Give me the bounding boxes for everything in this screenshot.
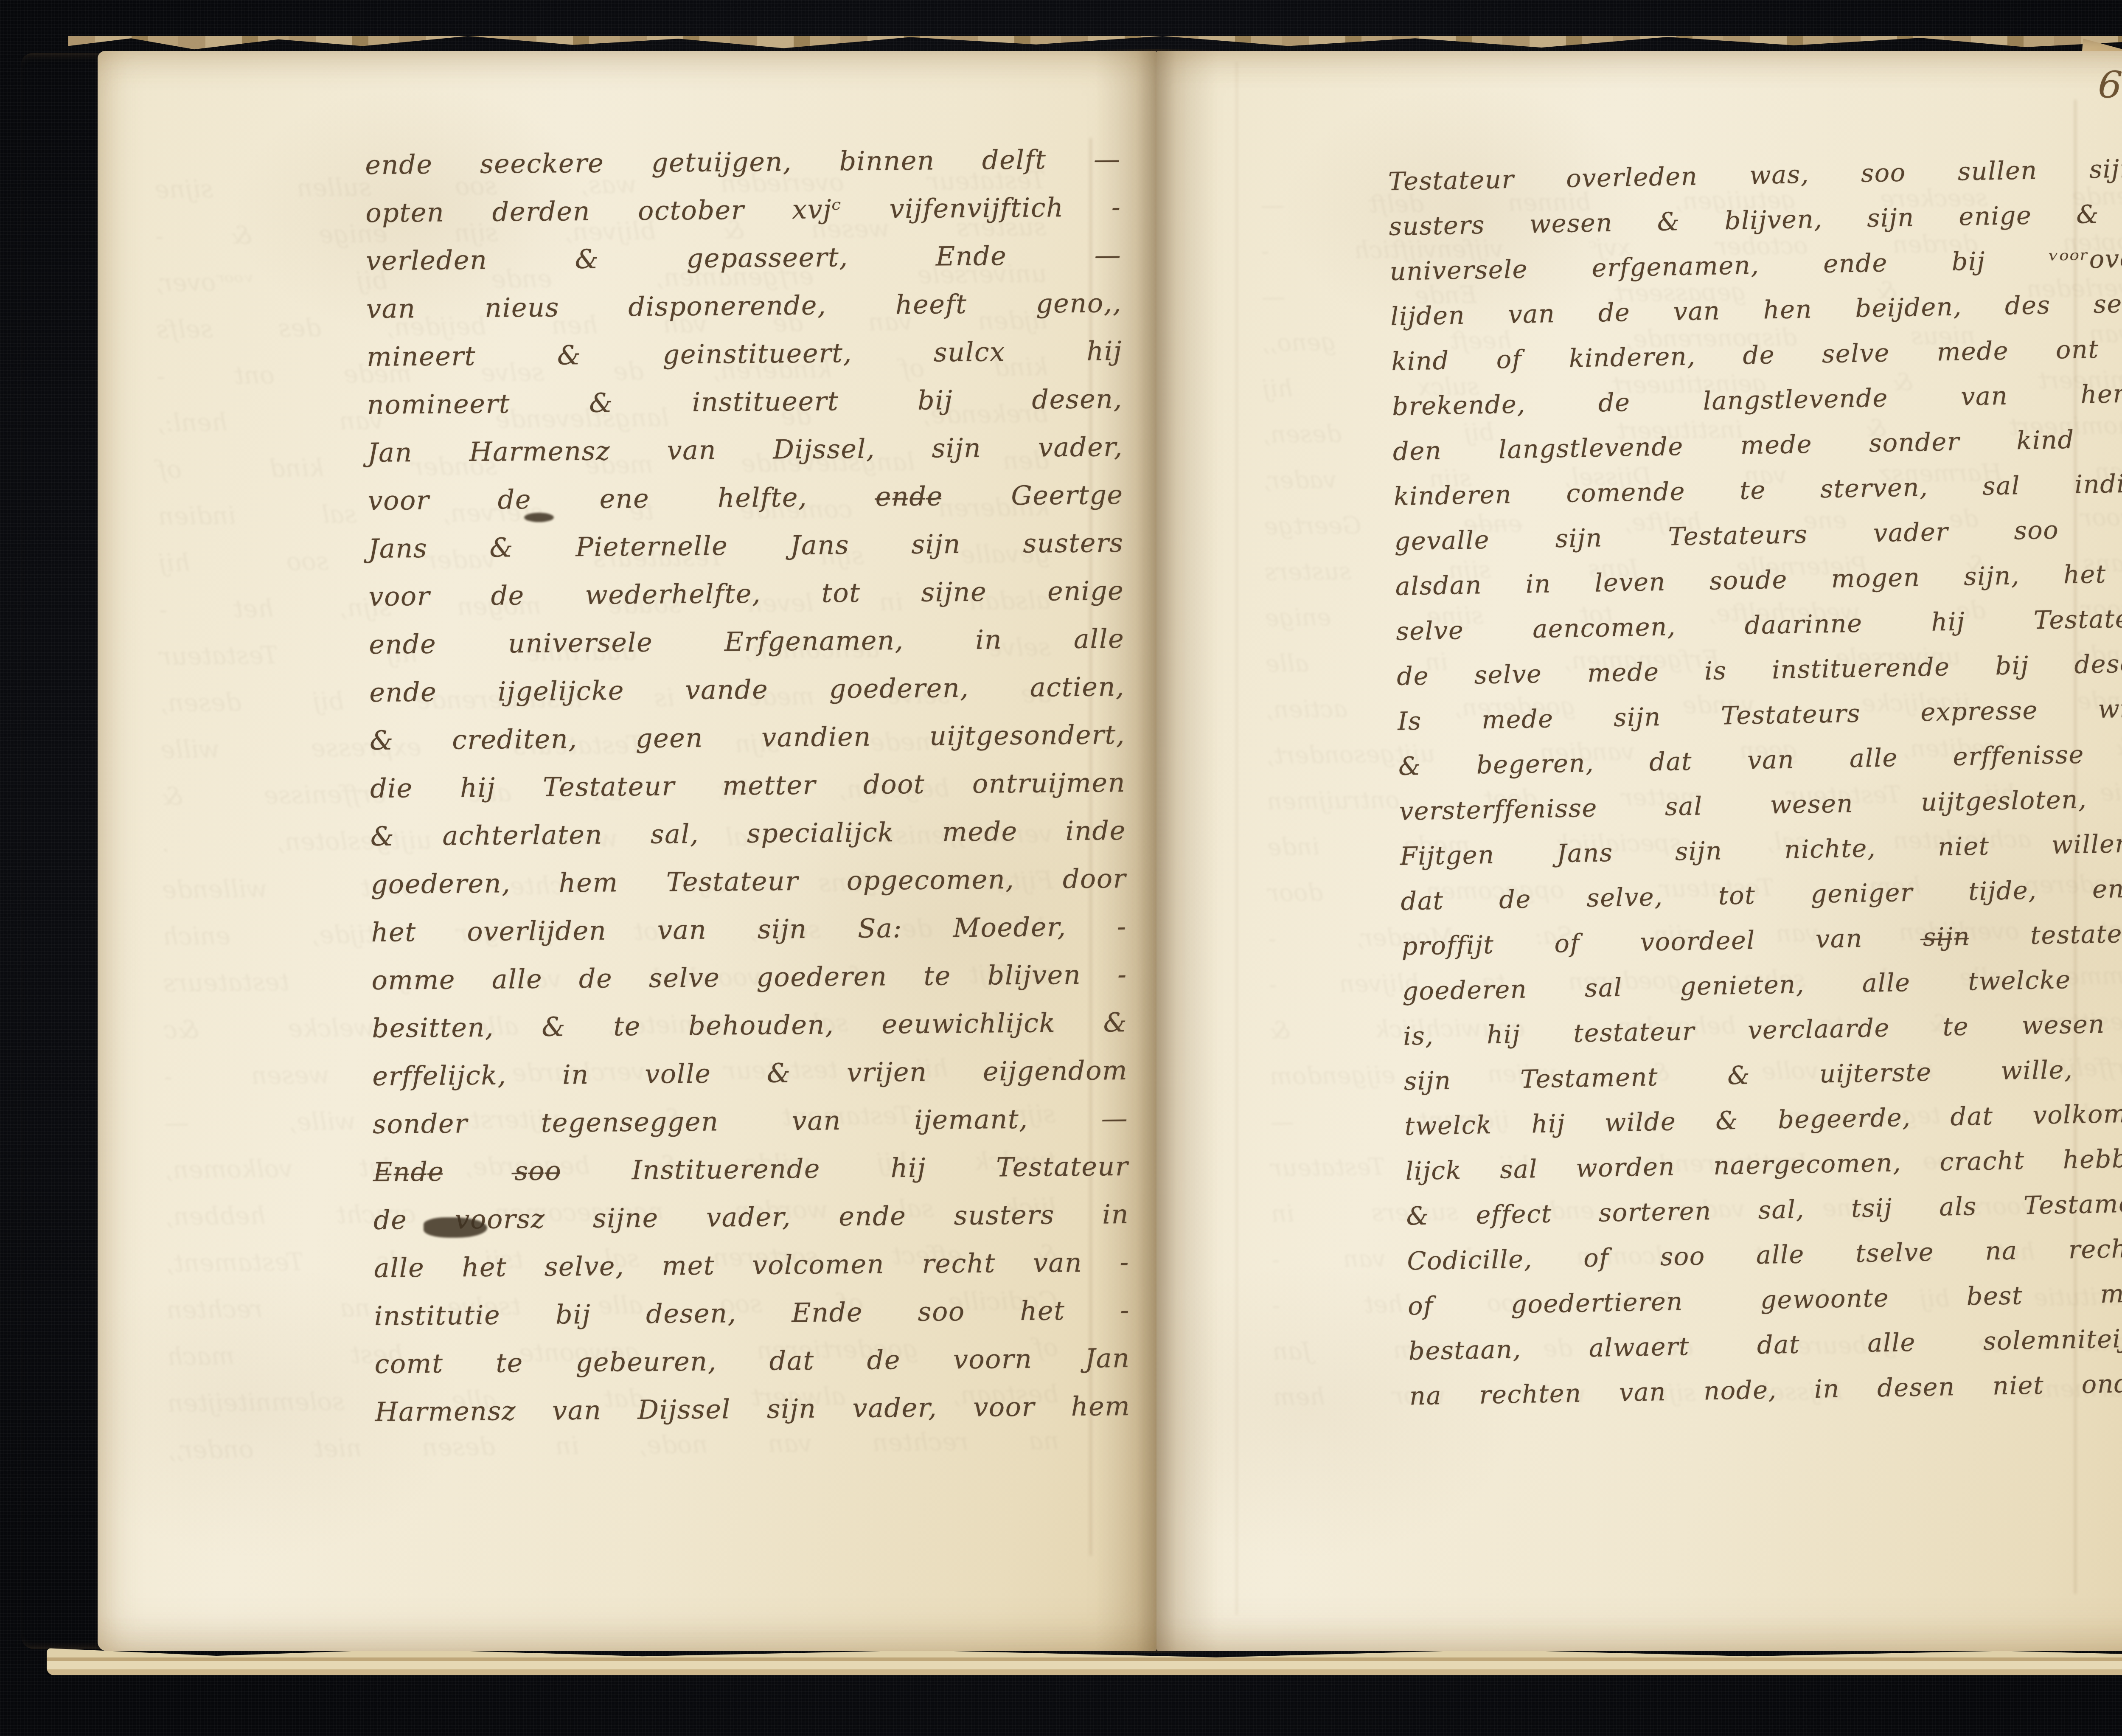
manuscript-line: & crediten, geen vandien uijtgesondert, — [370, 711, 1126, 764]
manuscript-book: Testateur overleden was, soo sullen sijn… — [17, 36, 2122, 1683]
manuscript-page-right: 6 ende seeckere getuijgen, binnen delft … — [1156, 51, 2122, 1651]
manuscript-line: alle het selve, met volcomen recht van - — [373, 1238, 1129, 1292]
ink-blot — [424, 1217, 487, 1238]
manuscript-line: erffelijck, in volle & vrijen eijgendom — [372, 1046, 1128, 1100]
paper-crease — [1236, 62, 1238, 1615]
manuscript-line: opten derden october xvjᶜ vijfenvijftich… — [365, 183, 1121, 237]
page-number: 6 — [2097, 62, 2122, 107]
manuscript-line: die hij Testateur metter doot ontruijmen — [370, 758, 1126, 812]
manuscript-line: ende seeckere getuijgen, binnen delft — — [365, 135, 1121, 189]
manuscript-line: institutie bij desen, Ende soo het - — [374, 1286, 1130, 1340]
paper-crease — [2074, 100, 2076, 1594]
manuscript-line: Jan Harmensz van Dijssel, sijn vader, — [367, 423, 1123, 477]
manuscript-line: Jans & Pieternelle Jans sijn susters — [368, 519, 1124, 573]
manuscript-page-left: Testateur overleden was, soo sullen sijn… — [98, 51, 1156, 1651]
manuscript-line: besitten, & te behouden, eeuwichlijck & — [372, 998, 1128, 1052]
manuscript-line: voor de ene helfte, e̶n̶d̶e̶ Geertge — [368, 471, 1123, 525]
manuscript-line: ende ijgelijcke vande goederen, actien, — [369, 663, 1125, 716]
manuscript-line: het overlijden van sijn Sa: Moeder, - — [371, 902, 1127, 956]
paper-crease — [1090, 138, 1092, 1556]
left-page-text: ende seeckere getuijgen, binnen delft —o… — [365, 135, 1131, 1436]
ink-blot — [524, 513, 554, 522]
manuscript-line: mineert & geinstitueert, sulcx hij — [367, 327, 1123, 381]
manuscript-line: omme alle de selve goederen te blijven - — [371, 950, 1127, 1004]
right-page-text: Testateur overleden was, soo sullen sijn… — [1388, 146, 2122, 1419]
manuscript-line: sonder tegenseggen van ijemant, — — [373, 1094, 1128, 1148]
manuscript-line: ende universele Erfgenamen, in alle — [369, 615, 1125, 669]
manuscript-line: & achterlaten sal, specialijck mede inde — [370, 806, 1126, 860]
manuscript-line: goederen, hem Testateur opgecomen, door — [371, 854, 1126, 908]
manuscript-line: voor de wederhelfte, tot sijne enige — [368, 567, 1124, 621]
photo-background: Testateur overleden was, soo sullen sijn… — [0, 0, 2122, 1736]
page-stack-bottom-edge — [47, 1648, 2122, 1675]
manuscript-line: de voorsz sijne vader, ende susters in — [373, 1190, 1129, 1244]
manuscript-line: Harmensz van Dijssel sijn vader, voor he… — [375, 1382, 1131, 1436]
manuscript-line: verleden & gepasseert, Ende — — [366, 231, 1122, 285]
manuscript-line: comt te gebeuren, dat de voorn Jan — [374, 1334, 1130, 1388]
manuscript-line: E̶n̶d̶e̶ s̶o̶o̶ Instituerende hij Testat… — [373, 1142, 1129, 1196]
manuscript-line: nomineert & institueert bij desen, — [367, 375, 1123, 429]
manuscript-line: van nieus disponerende, heeft geno,, — [366, 279, 1122, 333]
